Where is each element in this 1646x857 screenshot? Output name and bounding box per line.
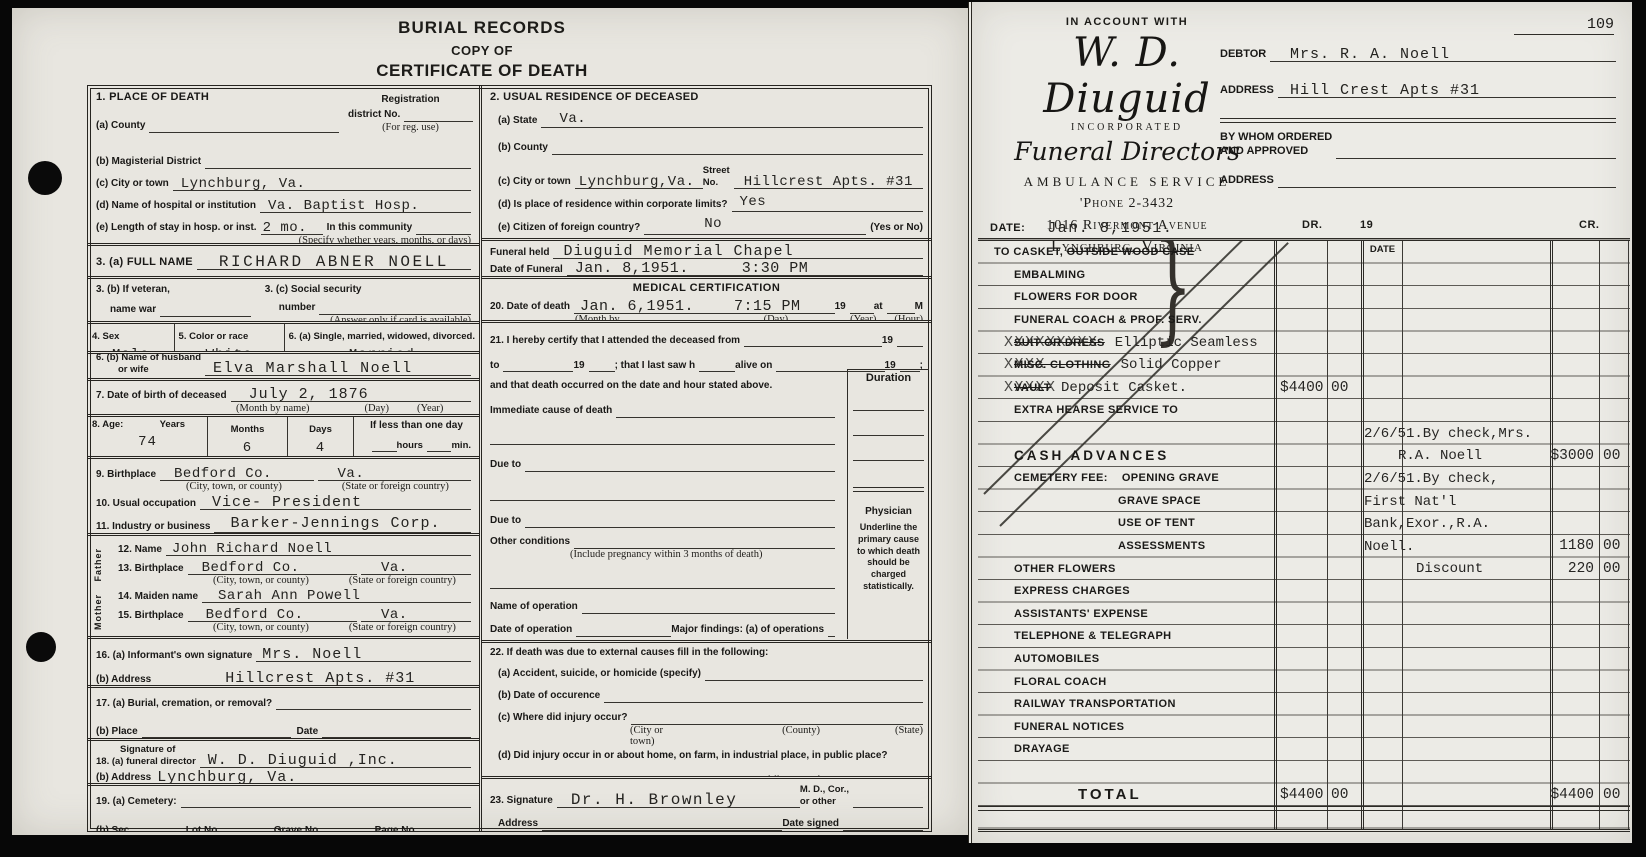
- section-date-of-birth: 7. Date of birth of deceasedJuly 2, 1876…: [88, 381, 479, 417]
- ledger-credit-entry: 2/6/51.By check,Mrs.: [1364, 426, 1532, 442]
- grave-no-label: Grave No.: [274, 825, 321, 832]
- ssn-block: 3. (c) Social security number (Answer on…: [265, 282, 471, 319]
- section-place-of-death: 1. PLACE OF DEATH Registration district …: [88, 86, 479, 246]
- cr-amount-dollars: 220: [1552, 557, 1597, 580]
- blank-line: [490, 430, 835, 445]
- blank-line: [503, 357, 573, 372]
- sex-label: 4. Sex: [92, 331, 119, 342]
- state-label: (a) State: [498, 115, 537, 128]
- ledger-item-label: ASSISTANTS' EXPENSE: [1014, 608, 1148, 620]
- blank-line: [850, 299, 874, 314]
- father-birthplace-value: Bedford Co.: [202, 561, 300, 575]
- where-injury-line: [631, 710, 923, 725]
- for-reg-use-hint: (For reg. use): [348, 122, 473, 133]
- street-no-label: StreetNo.: [703, 165, 730, 189]
- state-foreign-hint: (State or foreign country): [349, 622, 456, 633]
- ledger-item-label: AUTOMOBILES: [1014, 653, 1099, 665]
- cemetery-line: [181, 793, 471, 808]
- signature-label: 23. Signature: [490, 795, 553, 808]
- district-no-label: district No.: [348, 109, 400, 122]
- res-county-line: [552, 140, 923, 155]
- section-veteran-ssn: 3. (b) If veteran, name war 3. (c) Socia…: [88, 279, 479, 324]
- full-name-label: 3. (a) FULL NAME: [96, 256, 193, 270]
- foreign-citizen-line: No: [644, 220, 866, 235]
- title-copy-of: COPY OF: [82, 43, 882, 58]
- certificate-page: BURIAL RECORDS COPY OF CERTIFICATE OF DE…: [12, 8, 968, 835]
- city-or-town-label: (c) City or town: [96, 178, 169, 191]
- debtor-address-label: ADDRESS: [1220, 84, 1274, 98]
- ledger-item-row: FUNERAL NOTICES: [978, 716, 1630, 739]
- yes-or-no-hint: (Yes or No): [870, 222, 923, 235]
- duration-physician-box: Duration Physician Underline the primary…: [847, 369, 929, 639]
- full-name-value: RICHARD ABNER NOELL: [219, 254, 449, 270]
- veteran-block: 3. (b) If veteran, name war: [96, 282, 265, 319]
- title-certificate-of-death: CERTIFICATE OF DEATH: [82, 61, 882, 81]
- section-spouse: 6. (b) Name of husbandor wife Elva Marsh…: [88, 354, 479, 381]
- res-limits-label: (d) Is place of residence within corpora…: [498, 199, 728, 212]
- funeral-held-label: Funeral held: [490, 247, 549, 260]
- in-this-community-label: In this community: [327, 222, 413, 235]
- dr-amount-cents: 00: [1329, 377, 1359, 400]
- blank-line: [589, 357, 615, 372]
- cr-amount-cents: 00: [1601, 535, 1629, 558]
- race-label: 5. Color or race: [179, 331, 249, 342]
- ledger-item-label: TELEPHONE & TELEGRAPH: [1014, 630, 1172, 642]
- ledger-item-label: FUNERAL COACH & PROF. SERV.: [1014, 314, 1202, 326]
- ledger-page-number: 109: [1514, 16, 1614, 35]
- debtor-label: DEBTOR: [1220, 48, 1266, 62]
- city-town-county-hint: (City, town, or county): [186, 481, 282, 492]
- street-no-value: Hillcrest Apts. #31: [744, 175, 913, 189]
- ledger-page: IN ACCOUNT WITH W. D. Diuguid INCORPORAT…: [968, 2, 1632, 843]
- attended-to-label: to: [490, 360, 499, 373]
- certificate-title: BURIAL RECORDS COPY OF CERTIFICATE OF DE…: [82, 18, 882, 81]
- typed-x-overstrike: XXXX: [1004, 356, 1046, 373]
- section-signature: 23. SignatureDr. H. BrownleyM. D., Cor.,…: [482, 779, 931, 831]
- date-of-death-value: Jan. 6,1951.: [580, 299, 694, 314]
- ledger-credit-entry: Bank,Exor.,R.A.: [1364, 516, 1490, 532]
- father-birthplace-label: 13. Birthplace: [118, 563, 184, 576]
- ledger-item-label: DRAYAGE: [1014, 743, 1070, 755]
- hour-hint: (Hour): [894, 314, 923, 323]
- date-signed-label: Date signed: [782, 818, 839, 831]
- debtor-value: Mrs. R. A. Noell: [1290, 47, 1450, 62]
- ledger-item-row: EXPRESS CHARGES: [978, 580, 1630, 603]
- mother-maiden-line: Sarah Ann Powell: [202, 588, 471, 603]
- blank-line: [490, 486, 835, 501]
- signer-address-label: Address: [498, 818, 538, 831]
- ledger-credit-entry: 2/6/51.By check,: [1364, 471, 1498, 487]
- community-line: [416, 220, 471, 235]
- year-hint: (Year): [850, 314, 876, 323]
- foreign-citizen-value: No: [704, 217, 722, 231]
- spouse-line: Elva Marshall Noell: [205, 361, 471, 376]
- ledger-item-label: EXTRA HEARSE SERVICE TO: [1014, 404, 1178, 416]
- marital-value: Married: [289, 347, 475, 354]
- burial-date-label: Date: [297, 726, 319, 739]
- physician-note: Underline the primary cause to which dea…: [853, 522, 924, 592]
- date-of-operation-label: Date of operation: [490, 624, 572, 637]
- ledger-item-label: FLORAL COACH: [1014, 676, 1107, 688]
- blank-line: [776, 357, 884, 372]
- birthplace-value: Bedford Co.: [174, 467, 272, 481]
- medical-certification-heading: MEDICAL CERTIFICATION: [490, 282, 923, 296]
- spouse-value: Elva Marshall Noell: [213, 361, 413, 376]
- funeral-director-label: Signature of18. (a) funeral director: [96, 744, 196, 768]
- ledger-item-label: EXPRESS CHARGES: [1014, 585, 1130, 597]
- ledger-item-row: MISC. CLOTHINGXXXXSolid Copper: [978, 354, 1630, 377]
- ledger-item-row: ASSISTANTS' EXPENSE: [978, 603, 1630, 626]
- burial-record-scan: BURIAL RECORDS COPY OF CERTIFICATE OF DE…: [0, 0, 1646, 857]
- blank-line: [490, 574, 835, 589]
- director-address-line: Lynchburg, Va.: [155, 770, 471, 785]
- date-of-death-label: 20. Date of death: [490, 301, 570, 314]
- dr-amount-dollars: $4400: [1278, 783, 1326, 806]
- hospital-label: (d) Name of hospital or institution: [96, 200, 256, 213]
- cr-column-header: CR.: [1579, 219, 1599, 231]
- burial-date-line: [322, 723, 471, 738]
- min-line: [427, 437, 452, 452]
- father-birthplace-line1: Bedford Co.: [188, 560, 357, 575]
- hours-line: [372, 437, 397, 452]
- full-name-line: RICHARD ABNER NOELL: [197, 255, 471, 270]
- industry-value: Barker-Jennings Corp.: [230, 516, 440, 531]
- informant-signature-label: 16. (a) Informant's own signature: [96, 650, 252, 663]
- county-label: (a) County: [96, 120, 145, 133]
- ledger-item-typed-value: Elliptic Seamless: [1115, 335, 1258, 351]
- birthplace-state-value: Va.: [338, 467, 365, 481]
- specify-years-hint: (Specify whether years, months, or days): [299, 235, 471, 246]
- county-hint: (County): [782, 725, 820, 747]
- divider: [853, 487, 924, 492]
- director-address-label: (b) Address: [96, 772, 151, 785]
- certificate-right-column: 2. USUAL RESIDENCE OF DECEASED (a) State…: [482, 86, 931, 831]
- age-days-cell: Days 4: [288, 417, 354, 456]
- page-no-line: [421, 822, 471, 831]
- funeral-director-line: W. D. Diuguid ,Inc.: [200, 753, 471, 768]
- ledger-item-sublabel: ASSESSMENTS: [1118, 540, 1206, 552]
- months-label: Months: [231, 424, 265, 435]
- length-of-stay-value: 2 mo.: [263, 221, 308, 235]
- signature-line: Dr. H. Brownley: [557, 793, 800, 808]
- name-war-label: name war: [110, 304, 156, 317]
- ledger-item-label: FUNERAL NOTICES: [1014, 721, 1124, 733]
- ledger-item-row: TELEPHONE & TELEGRAPH: [978, 625, 1630, 648]
- state-hint: (State): [895, 725, 923, 747]
- blank-line: [490, 772, 758, 779]
- month-hint: (Month by name): [236, 403, 310, 414]
- race-cell: 5. Color or race White: [175, 324, 285, 351]
- lot-no-label: Lot No.: [186, 825, 220, 832]
- less-than-day-label: If less than one day: [362, 420, 471, 433]
- ledger-item-row: CEMETERY FEE:OPENING GRAVE: [978, 467, 1630, 490]
- birthplace-line2: Va.: [318, 466, 471, 481]
- signer-address-line: [542, 816, 782, 831]
- res-limits-value: Yes: [740, 195, 767, 209]
- section-age: 8. Age:Years 74 Months 6 Days 4 If les: [88, 417, 479, 459]
- mother-maiden-value: Sarah Ann Powell: [218, 589, 360, 603]
- mother-birthplace-line2: Va.: [361, 607, 471, 622]
- marital-cell: 6. (a) Single, married, widowed, divorce…: [285, 324, 479, 351]
- city-or-town-line: Lynchburg, Va.: [173, 176, 471, 191]
- birthplace-line1: Bedford Co.: [160, 466, 313, 481]
- lot-no-line: [224, 822, 274, 831]
- mother-maiden-label: 14. Maiden name: [118, 591, 198, 604]
- year-hint: (Year): [417, 403, 443, 414]
- occupation-label: 10. Usual occupation: [96, 498, 196, 511]
- burial-place-label: (b) Place: [96, 726, 138, 739]
- if-veteran-label: 3. (b) If veteran,: [96, 284, 265, 297]
- date-of-funeral-value: Jan. 8,1951.: [575, 261, 689, 276]
- ledger-item-typed-value: Solid Copper: [1121, 357, 1222, 373]
- ssn-number-label: number: [279, 302, 316, 315]
- ledger-item-label: TO CASKET,: [994, 246, 1067, 258]
- res-limits-line: Yes: [732, 197, 924, 212]
- section-external-causes: 22. If death was due to external causes …: [482, 643, 931, 779]
- informant-signature-line: Mrs. Noell: [256, 647, 471, 662]
- blank-line: [404, 107, 473, 122]
- father-birthplace-line2: Va.: [361, 560, 471, 575]
- state-foreign-hint: (State or foreign country): [349, 575, 456, 586]
- other-conditions-label: Other conditions: [490, 536, 570, 549]
- ordered-by-label: BY WHOM ORDEREDAND APPROVED: [1220, 131, 1332, 159]
- ledger-item-row: EMBALMING: [978, 264, 1630, 287]
- cr-amount-dollars: $4400: [1552, 783, 1597, 806]
- date-of-funeral-line: Jan. 8,1951.3:30 PM: [567, 261, 923, 276]
- ledger-item-label-struck: VAULTXXXXX: [1014, 382, 1051, 394]
- registration-block: Registration district No. (For reg. use): [348, 94, 473, 133]
- burial-place-line: [142, 723, 291, 738]
- cr-amount-cents: 00: [1601, 444, 1629, 467]
- ledger-credit-entry: First Nat'l: [1364, 494, 1456, 510]
- ledger-item-row: CASH ADVANCES: [978, 444, 1630, 467]
- typed-x-overstrike: XXXXX: [1004, 379, 1057, 396]
- spouse-label: 6. (b) Name of husbandor wife: [96, 354, 201, 376]
- ledger-credit-entry: R.A. Noell: [1398, 448, 1482, 464]
- section-sex-race-marital: 4. Sex Male 5. Color or race White 6. (a…: [88, 324, 479, 354]
- state-foreign-hint: (State or foreign country): [342, 481, 449, 492]
- ssn-line: [319, 300, 471, 315]
- month-hint: (Month by name): [575, 314, 644, 323]
- sec-label: (b) Sec.: [96, 825, 132, 832]
- divider: [1220, 118, 1616, 123]
- industry-label: 11. Industry or business: [96, 521, 210, 534]
- funeral-held-line: Diuguid Memorial Chapel: [553, 244, 923, 259]
- dr-amount-cents: 00: [1329, 783, 1359, 806]
- informant-address-value: Hillcrest Apts. #31: [225, 671, 415, 686]
- year-19: 19: [882, 335, 893, 348]
- ledger-item-row: [978, 422, 1630, 445]
- res-city-line: Lynchburg,Va.: [575, 174, 703, 189]
- min-label: min.: [451, 440, 471, 452]
- ledger-item-label-struck: SUIT OR DRESSXXXXXXXXX: [1014, 337, 1105, 349]
- cr-amount-dollars: $3000: [1552, 444, 1597, 467]
- ledger-item-label: TOTAL: [1078, 786, 1142, 803]
- ledger-item-sublabel: USE OF TENT: [1118, 517, 1195, 529]
- punch-hole: [28, 161, 62, 195]
- title-burial-records: BURIAL RECORDS: [82, 18, 882, 38]
- mother-birthplace-value: Bedford Co.: [206, 608, 304, 622]
- date-occurence-line: [604, 688, 923, 703]
- ledger-item-typed-value: Deposit Casket.: [1061, 380, 1187, 396]
- section-birthplace-occupation: 9. BirthplaceBedford Co.Va. (City, town,…: [88, 459, 479, 536]
- physician-label: Physician: [853, 506, 924, 519]
- marital-label: 6. (a) Single, married, widowed, divorce…: [289, 331, 475, 342]
- death-m-label: M: [915, 301, 923, 314]
- length-of-stay-line: 2 mo.: [261, 220, 323, 235]
- punch-hole: [26, 632, 56, 662]
- race-value: White: [179, 347, 280, 354]
- ledger-item-row: ASSESSMENTS: [978, 535, 1630, 558]
- date-of-birth-line: July 2, 1876: [231, 387, 471, 402]
- street-no-line: Hillcrest Apts. #31: [734, 174, 923, 189]
- ledger-item-row: GRAVE SPACE: [978, 490, 1630, 513]
- informant-address-line: Hillcrest Apts. #31: [155, 671, 471, 686]
- ledger-item-label: RAILWAY TRANSPORTATION: [1014, 698, 1176, 710]
- dr-amount-dollars: $4400: [1278, 377, 1326, 400]
- funeral-held-value: Diuguid Memorial Chapel: [563, 244, 793, 259]
- duration-line: [853, 386, 924, 411]
- ledger-item-label: FLOWERS FOR DOOR: [1014, 291, 1138, 303]
- city-town-hint: (City or town): [630, 725, 672, 747]
- ledger-credit-entry: Noell.: [1364, 539, 1414, 555]
- section-usual-residence: 2. USUAL RESIDENCE OF DECEASED (a) State…: [482, 86, 931, 241]
- city-town-county-hint: (City, town, or county): [213, 622, 309, 633]
- major-findings-line: [828, 622, 835, 637]
- external-causes-heading: 22. If death was due to external causes …: [490, 647, 923, 660]
- section-certify: Duration Physician Underline the primary…: [482, 323, 931, 643]
- ledger-item-sublabel: GRAVE SPACE: [1118, 495, 1201, 507]
- informant-signature-value: Mrs. Noell: [262, 647, 362, 662]
- director-address-value: Lynchburg, Va.: [157, 770, 297, 785]
- md-cor-label: M. D., Cor.,or other: [800, 784, 849, 808]
- duration-line: [853, 411, 924, 436]
- cr-amount-cents: 00: [1601, 557, 1629, 580]
- blank-line: [897, 332, 923, 347]
- ledger-item-label-struck: MISC. CLOTHINGXXXX: [1014, 359, 1111, 371]
- days-label: Days: [309, 424, 332, 435]
- ledger-item-row: FUNERAL COACH & PROF. SERV.: [978, 309, 1630, 332]
- father-name-line: John Richard Noell: [166, 541, 471, 556]
- res-city-label: (c) City or town: [498, 176, 571, 189]
- burial-cremation-line: [276, 695, 471, 710]
- duration-line: [853, 436, 924, 461]
- ledger-item-label-struck: OUTSIDE WOOD CASE: [1067, 246, 1195, 258]
- certificate-left-column: 1. PLACE OF DEATH Registration district …: [88, 86, 482, 831]
- due-to-line2: [525, 513, 835, 528]
- registration-label: Registration: [348, 94, 473, 107]
- res-city-value: Lynchburg,Va.: [579, 175, 695, 189]
- section-cemetery: 19. (a) Cemetery: (b) Sec.Lot No.Grave N…: [88, 786, 479, 831]
- section-medical-certification: MEDICAL CERTIFICATION 20. Date of deathJ…: [482, 279, 931, 323]
- md-line: [853, 793, 923, 808]
- sex-value: Male: [92, 347, 170, 354]
- mother-side-label: Mother: [93, 594, 103, 630]
- mother-birthplace-label: 15. Birthplace: [118, 610, 184, 623]
- ledger-item-label: OTHER FLOWERS: [1014, 563, 1116, 575]
- ledger-item-row: [978, 806, 1630, 829]
- ledger-item-label: CEMETERY FEE:: [1014, 472, 1108, 484]
- page-no-label: Page No.: [375, 825, 418, 832]
- debtor-address-value: Hill Crest Apts #31: [1290, 83, 1480, 98]
- grave-no-line: [325, 822, 375, 831]
- foreign-citizen-label: (e) Citizen of foreign country?: [498, 222, 640, 235]
- ledger-item-row: EXTRA HEARSE SERVICE TO: [978, 399, 1630, 422]
- immediate-cause-line: [616, 403, 835, 418]
- where-injury-label: (c) Where did injury occur?: [498, 712, 627, 725]
- city-town-county-hint: (City, town, or county): [213, 575, 309, 586]
- usual-residence-heading: 2. USUAL RESIDENCE OF DECEASED: [490, 91, 923, 105]
- age-years-value: 74: [92, 434, 203, 450]
- day-hint: (Day): [365, 403, 390, 414]
- accident-line: [705, 666, 923, 681]
- immediate-cause-label: Immediate cause of death: [490, 405, 612, 418]
- hours-label: hours: [397, 440, 423, 452]
- father-birthplace-state: Va.: [381, 561, 408, 575]
- time-of-funeral-value: 3:30 PM: [742, 261, 809, 276]
- section-funeral-director: Signature of18. (a) funeral director W. …: [88, 741, 479, 786]
- city-or-town-value: Lynchburg, Va.: [181, 177, 306, 191]
- state-line: Va.: [541, 113, 923, 128]
- dr-column-header: DR.: [1302, 219, 1322, 231]
- section-parents: Father Mother 12. NameJohn Richard Noell…: [88, 536, 479, 639]
- hospital-value: Va. Baptist Hosp.: [268, 199, 419, 213]
- attended-from-line: [744, 332, 882, 347]
- alive-on-label: alive on: [735, 360, 772, 373]
- name-of-operation-label: Name of operation: [490, 601, 578, 614]
- date-of-birth-label: 7. Date of birth of deceased: [96, 390, 227, 403]
- blank-line: [887, 299, 915, 314]
- birthplace-label: 9. Birthplace: [96, 469, 156, 482]
- burial-cremation-label: 17. (a) Burial, cremation, or removal?: [96, 698, 272, 711]
- years-label: Years: [160, 419, 185, 431]
- father-side-label: Father: [93, 548, 103, 582]
- date-of-funeral-label: Date of Funeral: [490, 264, 563, 277]
- length-of-stay-label: (e) Length of stay in hosp. or inst.: [96, 222, 257, 235]
- section-full-name: 3. (a) FULL NAMERICHARD ABNER NOELL: [88, 246, 479, 279]
- ledger-item-sublabel: OPENING GRAVE: [1122, 472, 1219, 484]
- res-county-label: (b) County: [498, 142, 548, 155]
- date-value: Jan. 8,1951.: [1047, 221, 1173, 236]
- ssn-hint: (Answer only if card is available): [265, 315, 471, 325]
- ledger-item-label: CASH ADVANCES: [1014, 448, 1169, 463]
- due-to-label2: Due to: [490, 515, 521, 528]
- name-of-operation-line: [582, 599, 835, 614]
- mother-birthplace-line1: Bedford Co.: [188, 607, 357, 622]
- ledger-item-row: OTHER FLOWERS: [978, 557, 1630, 580]
- industry-line: Barker-Jennings Corp.: [214, 518, 471, 533]
- state-value: Va.: [559, 112, 586, 126]
- ledger-credit-entry: Discount: [1416, 561, 1483, 577]
- time-of-death-value: 7:15 PM: [734, 299, 801, 314]
- occupation-value: Vice- President: [212, 495, 362, 510]
- sec-line: [136, 822, 186, 831]
- year-19: 19: [573, 360, 584, 373]
- ledger-item-row: FLOWERS FOR DOOR: [978, 286, 1630, 309]
- cr-amount-cents: 00: [1601, 783, 1629, 806]
- informant-address-label: (b) Address: [96, 674, 151, 687]
- ledger-item-row: RAILWAY TRANSPORTATION: [978, 693, 1630, 716]
- cr-amount-dollars: 1180: [1552, 535, 1597, 558]
- date-occurence-label: (b) Date of occurence: [498, 690, 600, 703]
- less-than-day-cell: If less than one day hoursmin.: [354, 417, 479, 456]
- ledger-item-row: SUIT OR DRESSXXXXXXXXXElliptic Seamless: [978, 331, 1630, 354]
- cemetery-label: 19. (a) Cemetery:: [96, 796, 177, 809]
- age-months-cell: Months 6: [208, 417, 288, 456]
- age-days-value: 4: [292, 440, 349, 456]
- debtor-block: DEBTORMrs. R. A. Noell ADDRESSHill Crest…: [1220, 40, 1616, 188]
- father-name-label: 12. Name: [118, 544, 162, 557]
